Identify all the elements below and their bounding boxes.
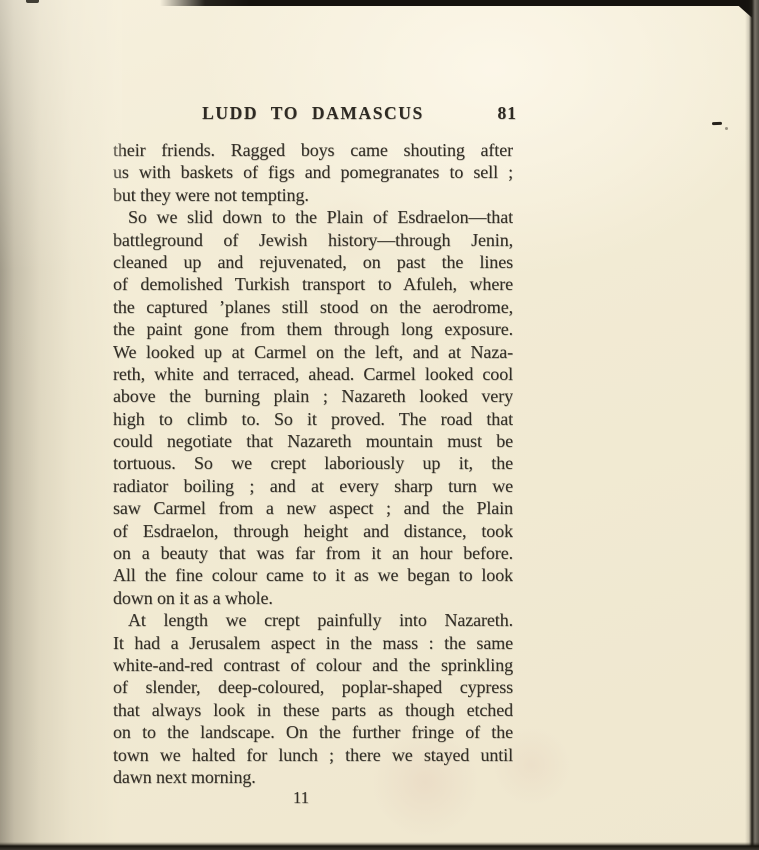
text-line: reth, white and terraced, ahead. Carmel … — [113, 363, 513, 385]
text-line: their friends. Ragged boys came shouting… — [113, 139, 513, 161]
text-line: town we halted for lunch ; there we stay… — [113, 744, 513, 766]
text-line: on to the landscape. On the further frin… — [113, 721, 513, 743]
text-line: the captured ’planes still stood on the … — [113, 296, 513, 318]
page-edge-right — [745, 0, 759, 850]
text-line: So we slid down to the Plain of Esdraelo… — [113, 206, 513, 228]
text-line: of slender, deep-coloured, poplar-shaped… — [113, 676, 513, 698]
gutter-shadow — [0, 0, 122, 850]
top-edge-nick — [26, 0, 39, 3]
text-line: saw Carmel from a new aspect ; and the P… — [113, 497, 513, 519]
text-line: high to climb to. So it proved. The road… — [113, 408, 513, 430]
text-line: but they were not tempting. — [113, 184, 513, 206]
text-line: of Esdraelon, through height and distanc… — [113, 520, 513, 542]
text-line: We looked up at Carmel on the left, and … — [113, 341, 513, 363]
text-line: down on it as a whole. — [113, 587, 513, 609]
page-number: 81 — [498, 103, 518, 124]
text-line: tortuous. So we crept laboriously up it,… — [113, 452, 513, 474]
signature-mark: 11 — [101, 788, 501, 808]
book-page-scan: LUDD TO DAMASCUS 81 their friends. Ragge… — [0, 0, 759, 850]
text-block: their friends. Ragged boys came shouting… — [113, 139, 513, 788]
text-line: above the burning plain ; Nazareth looke… — [113, 385, 513, 407]
running-head-title: LUDD TO DAMASCUS — [113, 103, 513, 124]
text-line: radiator boiling ; and at every sharp tu… — [113, 475, 513, 497]
text-line: us with baskets of figs and pomegranates… — [113, 161, 513, 183]
text-line: At length we crept painfully into Nazare… — [113, 609, 513, 631]
text-line: white-and-red contrast of colour and the… — [113, 654, 513, 676]
page-edge-bottom — [0, 842, 759, 850]
page-edge-top — [160, 0, 759, 6]
text-line: on a beauty that was far from it an hour… — [113, 542, 513, 564]
margin-pen-mark — [712, 122, 722, 125]
text-line: All the fine colour came to it as we beg… — [113, 564, 513, 586]
text-line: could negotiate that Nazareth mountain m… — [113, 430, 513, 452]
text-line: that always look in these parts as thoug… — [113, 699, 513, 721]
text-line: dawn next morning. — [113, 766, 513, 788]
text-line: It had a Jerusalem aspect in the mass : … — [113, 632, 513, 654]
margin-pen-dot — [725, 127, 728, 130]
text-line: cleaned up and rejuvenated, on past the … — [113, 251, 513, 273]
text-line: of demolished Turkish transport to Afule… — [113, 273, 513, 295]
text-line: the paint gone from them through long ex… — [113, 318, 513, 340]
text-line: battleground of Jewish history—through J… — [113, 229, 513, 251]
running-head: LUDD TO DAMASCUS 81 — [113, 103, 513, 125]
